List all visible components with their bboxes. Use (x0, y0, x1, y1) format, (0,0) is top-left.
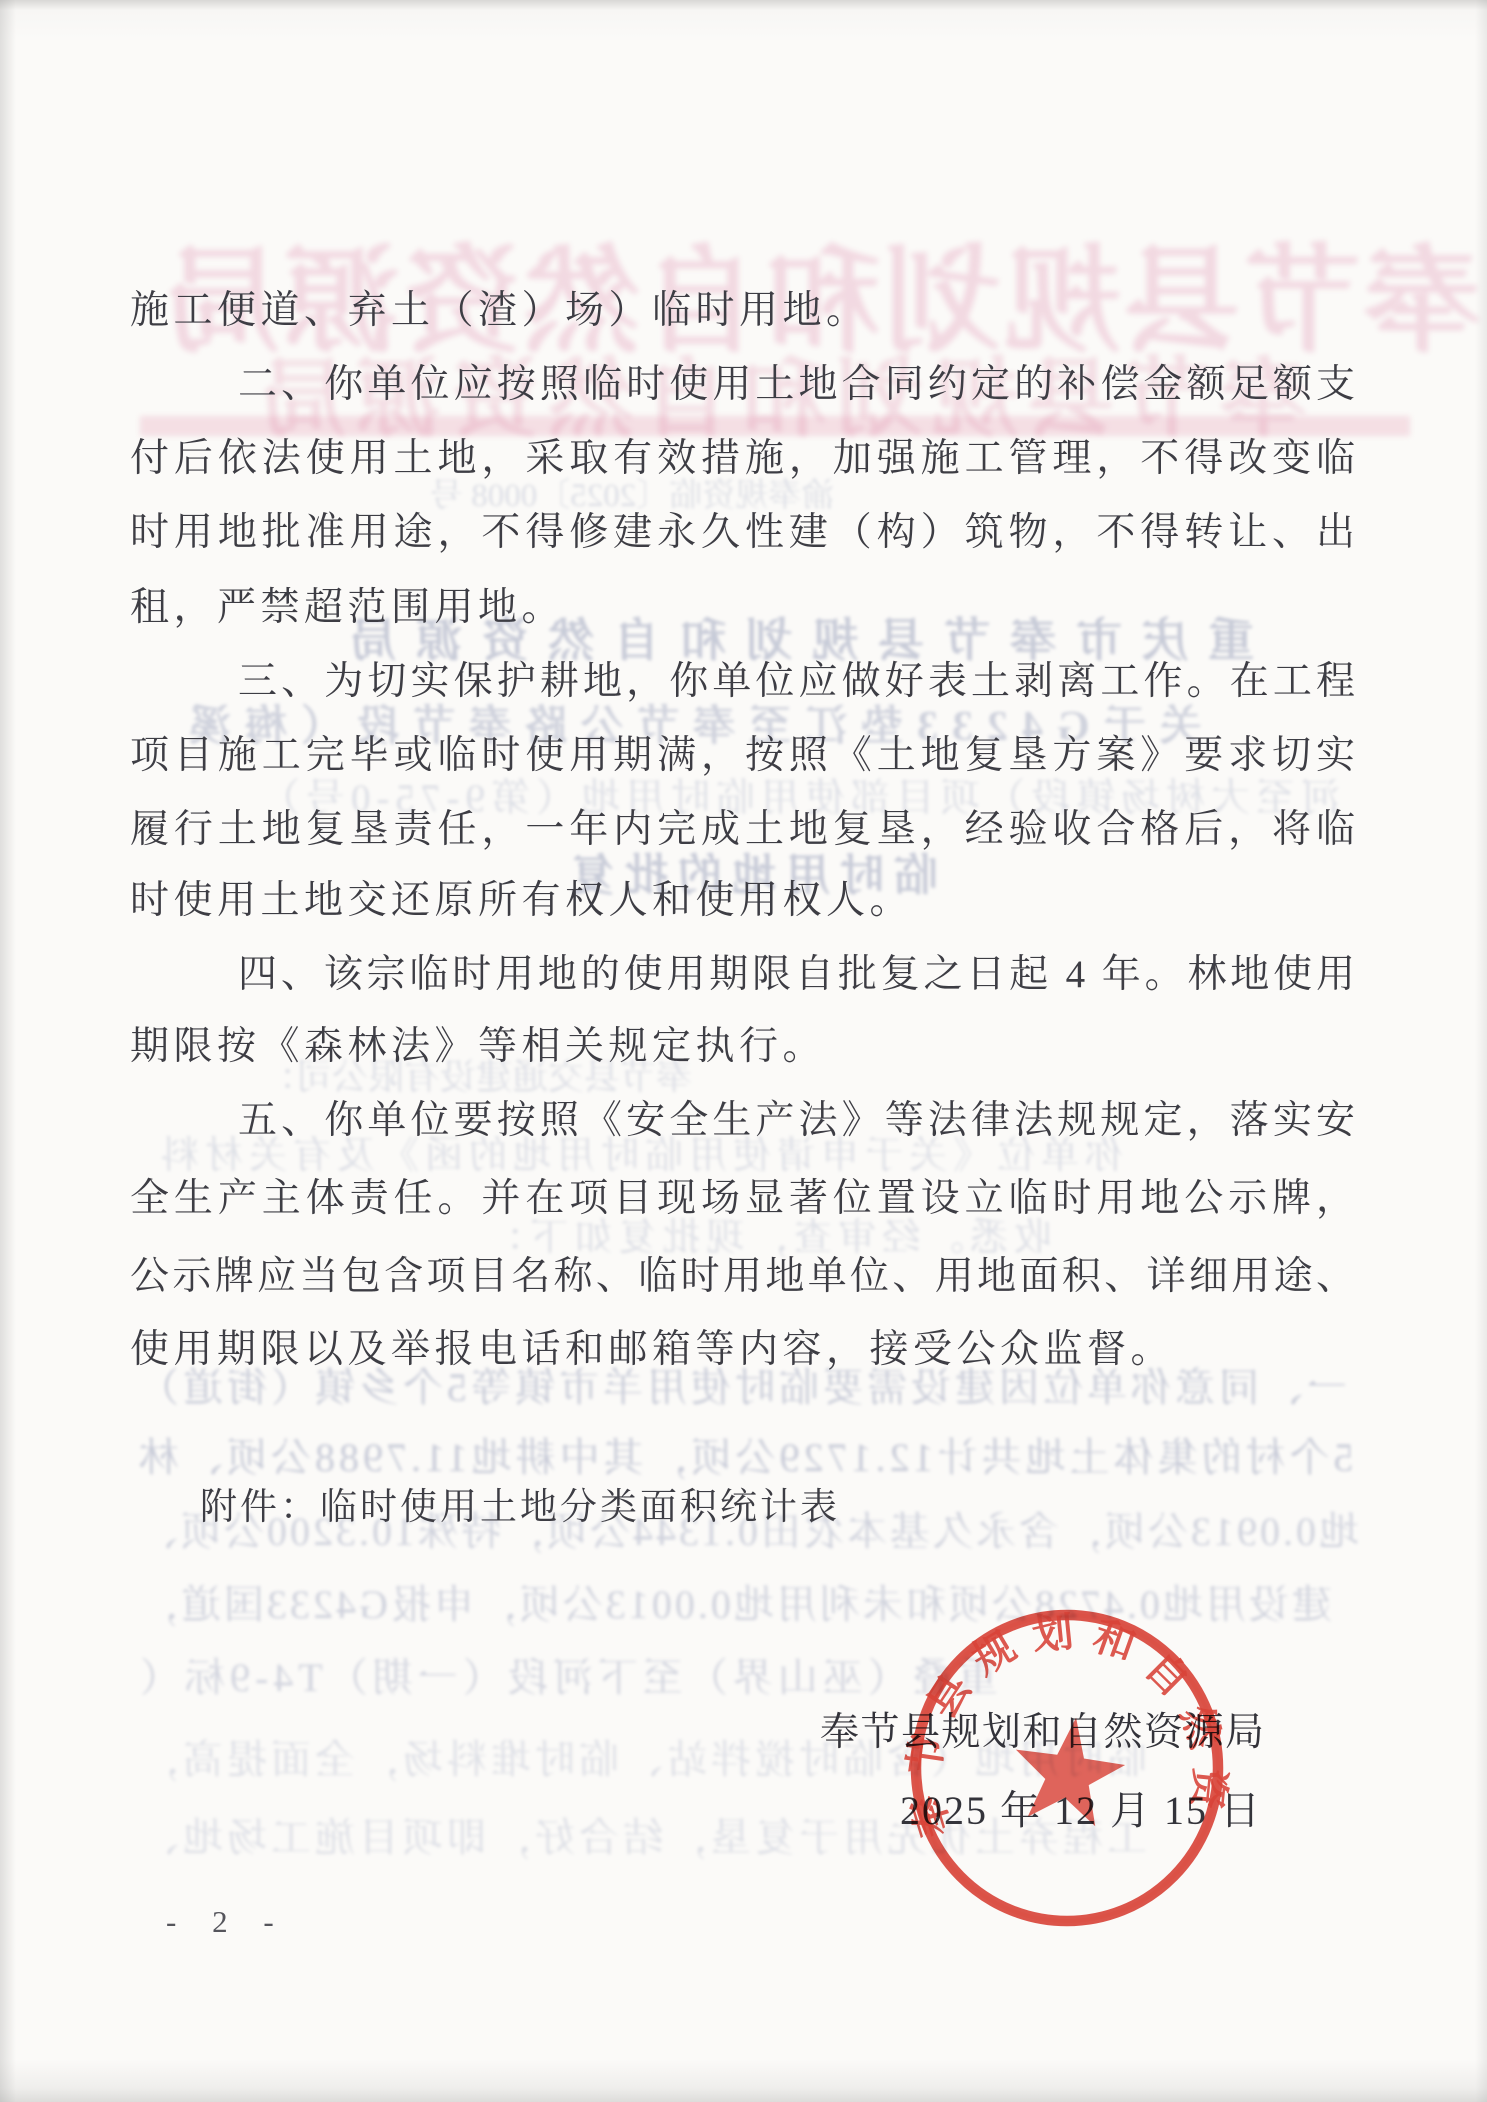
ghost-doc-number: 渝奉规资临〔2025〕0008 号 (430, 478, 834, 514)
body-line: 公示牌应当包含项目名称、临时用地单位、用地面积、详细用途、 (130, 1254, 1358, 1301)
body-line: 付后依法使用土地，采取有效措施，加强施工管理，不得改变临 (130, 436, 1358, 483)
body-line: 全生产主体责任。并在项目现场显著位置设立临时用地公示牌， (130, 1176, 1358, 1223)
body-line: 二、你单位应按照临时使用土地合同约定的补偿金额足额支 (238, 362, 1358, 409)
body-line: 时用地批准用途，不得修建永久性建（构）筑物，不得转让、出 (130, 510, 1358, 557)
seal-ring-text: 奉节县规划和自然资源局 (903, 1605, 1233, 1843)
ghost-body-line: 5个村的集体土地共计12.1729公顷，其中耕地11.7988公顷、林 (135, 1436, 1354, 1480)
body-line: 租，严禁超范围用地。 (130, 585, 1358, 632)
svg-text:奉节县规划和自然资源局: 奉节县规划和自然资源局 (903, 1605, 1233, 1843)
body-line: 履行土地复垦责任，一年内完成土地复垦，经验收合格后，将临 (130, 807, 1358, 854)
ghost-body-line: 重叠（巫山界）至下河段（一期）T4-9标（ (135, 1656, 998, 1700)
page-left-shadow (0, 0, 16, 2102)
scanned-document-page: 奉节县规划和自然资源局 奉节县规划和自然资源局 渝奉规资临〔2025〕0008 … (0, 0, 1487, 2102)
page-number: - 2 - (166, 1904, 288, 1940)
body-line: 施工便道、弃土（渣）场）临时用地。 (130, 288, 1358, 335)
ghost-red-rule-band (140, 416, 1410, 436)
body-line: 三、为切实保护耕地，你单位应做好表土剥离工作。在工程 (238, 659, 1358, 706)
body-line: 使用期限以及举报电话和邮箱等内容，接受公众监督。 (130, 1327, 1358, 1374)
official-seal: 奉节县规划和自然资源局 (903, 1605, 1237, 1935)
body-line: 四、该宗临时用地的使用期限自批复之日起 4 年。林地使用 (238, 952, 1358, 999)
body-line: 项目施工完毕或临时使用期满，按照《土地复垦方案》要求切实 (130, 733, 1358, 780)
body-line: 五、你单位要按照《安全生产法》等法律法规规定，落实安 (238, 1098, 1358, 1145)
body-line: 期限按《森林法》等相关规定执行。 (130, 1024, 1358, 1071)
body-line: 时使用土地交还原所有权人和使用权人。 (130, 878, 1358, 925)
page-right-shadow (1475, 0, 1487, 2102)
attachment-line: 附件：临时使用土地分类面积统计表 (200, 1476, 840, 1530)
seal-star-icon (1007, 1710, 1131, 1829)
